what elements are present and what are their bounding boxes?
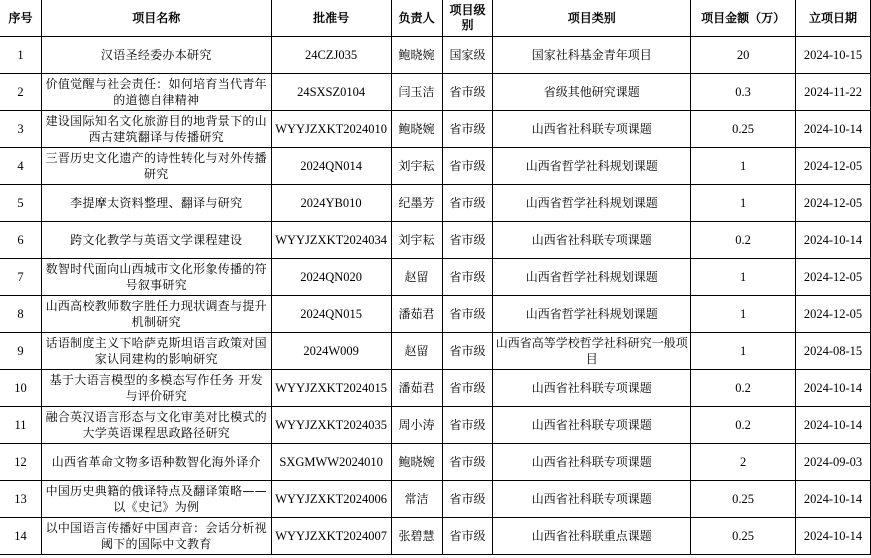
cell-approval-number: 24CZJ035	[271, 37, 391, 74]
cell-index: 5	[0, 185, 41, 222]
cell-level: 省市级	[442, 111, 493, 148]
cell-amount: 0.2	[691, 370, 796, 407]
cell-approval-number: 24SXSZ0104	[271, 74, 391, 111]
cell-amount: 2	[691, 444, 796, 481]
cell-date: 2024-10-14	[796, 407, 871, 444]
cell-date: 2024-11-22	[796, 74, 871, 111]
cell-owner: 鲍晓婉	[391, 111, 442, 148]
table-row: 8山西高校教师数字胜任力现状调查与提升机制研究2024QN015潘茹君省市级山西…	[0, 296, 871, 333]
cell-amount: 0.2	[691, 407, 796, 444]
cell-project-name: 融合英汉语言形态与文化审美对比模式的大学英语课程思政路径研究	[41, 407, 271, 444]
cell-approval-number: WYYJZXKT2024034	[271, 222, 391, 259]
cell-category: 省级其他研究课题	[493, 74, 691, 111]
cell-date: 2024-10-14	[796, 111, 871, 148]
cell-owner: 潘茹君	[391, 296, 442, 333]
cell-project-name: 基于大语言模型的多模态写作任务 开发与评价研究	[41, 370, 271, 407]
cell-index: 6	[0, 222, 41, 259]
cell-date: 2024-10-14	[796, 518, 871, 555]
cell-level: 省市级	[442, 259, 493, 296]
header-category: 项目类别	[493, 0, 691, 37]
cell-project-name: 话语制度主义下哈萨克斯坦语言政策对国家认同建构的影响研究	[41, 333, 271, 370]
cell-approval-number: 2024QN014	[271, 148, 391, 185]
header-owner: 负责人	[391, 0, 442, 37]
cell-date: 2024-12-05	[796, 185, 871, 222]
table-row: 12山西省革命文物多语种数智化海外译介SXGMWW2024010鲍晓婉省市级山西…	[0, 444, 871, 481]
cell-index: 9	[0, 333, 41, 370]
table-row: 3建设国际知名文化旅游目的地背景下的山西古建筑翻译与传播研究WYYJZXKT20…	[0, 111, 871, 148]
cell-owner: 刘宇耘	[391, 148, 442, 185]
header-level: 项目级别	[442, 0, 493, 37]
cell-amount: 1	[691, 296, 796, 333]
cell-date: 2024-10-15	[796, 37, 871, 74]
cell-index: 3	[0, 111, 41, 148]
cell-amount: 20	[691, 37, 796, 74]
cell-owner: 周小涛	[391, 407, 442, 444]
table-row: 6跨文化教学与英语文学课程建设WYYJZXKT2024034刘宇耘省市级山西省社…	[0, 222, 871, 259]
table-row: 2价值觉醒与社会责任：如何培育当代青年的道德自律精神24SXSZ0104闫玉洁省…	[0, 74, 871, 111]
table-row: 9话语制度主义下哈萨克斯坦语言政策对国家认同建构的影响研究2024W009赵留省…	[0, 333, 871, 370]
cell-category: 山西省社科联专项课题	[493, 407, 691, 444]
cell-category: 山西省哲学社科规划课题	[493, 185, 691, 222]
header-project-name: 项目名称	[41, 0, 271, 37]
cell-amount: 1	[691, 185, 796, 222]
cell-owner: 潘茹君	[391, 370, 442, 407]
cell-category: 山西省社科联专项课题	[493, 370, 691, 407]
cell-index: 8	[0, 296, 41, 333]
cell-level: 省市级	[442, 296, 493, 333]
cell-owner: 常洁	[391, 481, 442, 518]
cell-date: 2024-10-14	[796, 222, 871, 259]
cell-category: 山西省社科联专项课题	[493, 222, 691, 259]
cell-project-name: 李提摩太资料整理、翻译与研究	[41, 185, 271, 222]
cell-owner: 赵留	[391, 259, 442, 296]
cell-owner: 张碧慧	[391, 518, 442, 555]
table-row: 5李提摩太资料整理、翻译与研究2024YB010纪墨芳省市级山西省哲学社科规划课…	[0, 185, 871, 222]
cell-category: 山西省社科联专项课题	[493, 481, 691, 518]
cell-project-name: 建设国际知名文化旅游目的地背景下的山西古建筑翻译与传播研究	[41, 111, 271, 148]
table-row: 1汉语圣经委办本研究24CZJ035鲍晓婉国家级国家社科基金青年项目202024…	[0, 37, 871, 74]
table-row: 13中国历史典籍的俄译特点及翻译策略——以《史记》为例WYYJZXKT20240…	[0, 481, 871, 518]
cell-index: 1	[0, 37, 41, 74]
cell-project-name: 汉语圣经委办本研究	[41, 37, 271, 74]
cell-approval-number: SXGMWW2024010	[271, 444, 391, 481]
cell-owner: 赵留	[391, 333, 442, 370]
cell-level: 省市级	[442, 444, 493, 481]
cell-level: 省市级	[442, 333, 493, 370]
cell-amount: 0.3	[691, 74, 796, 111]
table-row: 4三晋历史文化遗产的诗性转化与对外传播研究2024QN014刘宇耘省市级山西省哲…	[0, 148, 871, 185]
cell-amount: 1	[691, 148, 796, 185]
cell-owner: 鲍晓婉	[391, 444, 442, 481]
cell-amount: 0.2	[691, 222, 796, 259]
cell-approval-number: 2024QN015	[271, 296, 391, 333]
cell-level: 省市级	[442, 148, 493, 185]
cell-approval-number: 2024YB010	[271, 185, 391, 222]
cell-level: 省市级	[442, 481, 493, 518]
cell-level: 省市级	[442, 407, 493, 444]
cell-project-name: 价值觉醒与社会责任：如何培育当代青年的道德自律精神	[41, 74, 271, 111]
table-header-row: 序号 项目名称 批准号 负责人 项目级别 项目类别 项目金额（万） 立项日期	[0, 0, 871, 37]
cell-approval-number: WYYJZXKT2024015	[271, 370, 391, 407]
cell-category: 山西省高等学校哲学社科研究一般项目	[493, 333, 691, 370]
cell-approval-number: WYYJZXKT2024006	[271, 481, 391, 518]
cell-approval-number: 2024QN020	[271, 259, 391, 296]
cell-index: 7	[0, 259, 41, 296]
cell-owner: 闫玉洁	[391, 74, 442, 111]
cell-level: 国家级	[442, 37, 493, 74]
header-date: 立项日期	[796, 0, 871, 37]
cell-project-name: 以中国语言传播好中国声音：会话分析视阈下的国际中文教育	[41, 518, 271, 555]
cell-category: 山西省哲学社科规划课题	[493, 148, 691, 185]
cell-category: 山西省社科联专项课题	[493, 111, 691, 148]
cell-project-name: 中国历史典籍的俄译特点及翻译策略——以《史记》为例	[41, 481, 271, 518]
cell-index: 13	[0, 481, 41, 518]
cell-project-name: 三晋历史文化遗产的诗性转化与对外传播研究	[41, 148, 271, 185]
cell-category: 山西省哲学社科规划课题	[493, 296, 691, 333]
cell-owner: 刘宇耘	[391, 222, 442, 259]
cell-amount: 0.25	[691, 518, 796, 555]
cell-approval-number: WYYJZXKT2024007	[271, 518, 391, 555]
cell-date: 2024-10-14	[796, 370, 871, 407]
cell-category: 山西省社科联重点课题	[493, 518, 691, 555]
cell-date: 2024-12-05	[796, 148, 871, 185]
cell-project-name: 跨文化教学与英语文学课程建设	[41, 222, 271, 259]
cell-project-name: 山西省革命文物多语种数智化海外译介	[41, 444, 271, 481]
cell-index: 14	[0, 518, 41, 555]
cell-owner: 鲍晓婉	[391, 37, 442, 74]
cell-project-name: 山西高校教师数字胜任力现状调查与提升机制研究	[41, 296, 271, 333]
cell-level: 省市级	[442, 222, 493, 259]
cell-approval-number: WYYJZXKT2024010	[271, 111, 391, 148]
cell-index: 11	[0, 407, 41, 444]
cell-category: 山西省社科联专项课题	[493, 444, 691, 481]
cell-date: 2024-09-03	[796, 444, 871, 481]
cell-owner: 纪墨芳	[391, 185, 442, 222]
table-body: 1汉语圣经委办本研究24CZJ035鲍晓婉国家级国家社科基金青年项目202024…	[0, 37, 871, 555]
header-amount: 项目金额（万）	[691, 0, 796, 37]
cell-level: 省市级	[442, 370, 493, 407]
header-index: 序号	[0, 0, 41, 37]
cell-level: 省市级	[442, 518, 493, 555]
cell-date: 2024-12-05	[796, 259, 871, 296]
cell-index: 10	[0, 370, 41, 407]
cell-date: 2024-10-14	[796, 481, 871, 518]
cell-amount: 0.25	[691, 481, 796, 518]
cell-category: 国家社科基金青年项目	[493, 37, 691, 74]
cell-index: 2	[0, 74, 41, 111]
cell-index: 12	[0, 444, 41, 481]
table-row: 10基于大语言模型的多模态写作任务 开发与评价研究WYYJZXKT2024015…	[0, 370, 871, 407]
cell-index: 4	[0, 148, 41, 185]
cell-date: 2024-12-05	[796, 296, 871, 333]
table-row: 11融合英汉语言形态与文化审美对比模式的大学英语课程思政路径研究WYYJZXKT…	[0, 407, 871, 444]
cell-level: 省市级	[442, 185, 493, 222]
cell-category: 山西省哲学社科规划课题	[493, 259, 691, 296]
header-approval-number: 批准号	[271, 0, 391, 37]
cell-amount: 1	[691, 333, 796, 370]
cell-amount: 0.25	[691, 111, 796, 148]
cell-amount: 1	[691, 259, 796, 296]
cell-level: 省市级	[442, 74, 493, 111]
cell-project-name: 数智时代面向山西城市文化形象传播的符号叙事研究	[41, 259, 271, 296]
cell-date: 2024-08-15	[796, 333, 871, 370]
cell-approval-number: WYYJZXKT2024035	[271, 407, 391, 444]
table-row: 14以中国语言传播好中国声音：会话分析视阈下的国际中文教育WYYJZXKT202…	[0, 518, 871, 555]
cell-approval-number: 2024W009	[271, 333, 391, 370]
table-row: 7数智时代面向山西城市文化形象传播的符号叙事研究2024QN020赵留省市级山西…	[0, 259, 871, 296]
project-table-container: 序号 项目名称 批准号 负责人 项目级别 项目类别 项目金额（万） 立项日期 1…	[0, 0, 871, 555]
research-projects-table: 序号 项目名称 批准号 负责人 项目级别 项目类别 项目金额（万） 立项日期 1…	[0, 0, 871, 555]
